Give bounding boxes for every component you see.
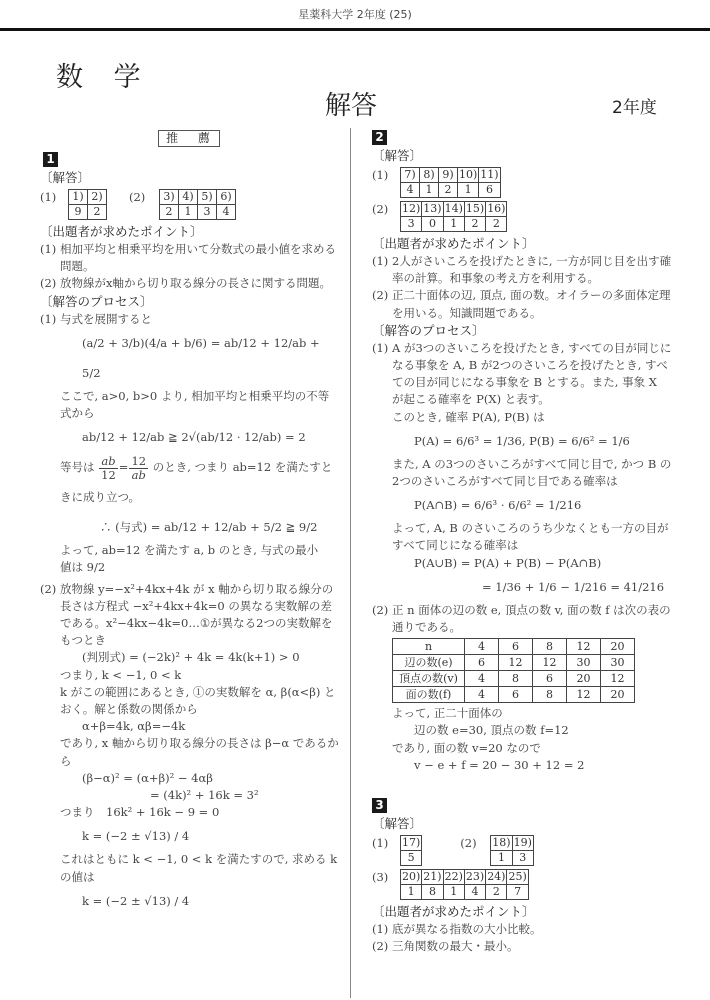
q2-process-heading: 〔解答のプロセス〕 — [372, 322, 672, 340]
q1-part1-answer-table: 1)2) 92 — [68, 189, 107, 220]
q1-process-2: (2)放物線 y=−x²+4kx+4k が x 軸から切り取る線分の長さは方程式… — [40, 581, 340, 650]
q2-answer-heading: 〔解答〕 — [372, 147, 672, 165]
cell-value: 8 — [422, 885, 443, 900]
table-header-cell: 8 — [533, 639, 567, 655]
table-cell: 30 — [567, 655, 601, 671]
cell-value: 1 — [443, 885, 464, 900]
table-row: 辺の数(e) 6 12 12 30 30 — [393, 655, 635, 671]
cell-value: 1 — [491, 851, 512, 866]
q2-part2-row: (2) 12) 13) 14) 15) 16) 3 0 1 2 2 — [372, 201, 672, 232]
q1-point-1: (1)相加平均と相乗平均を用いて分数式の最小値を求める問題。 — [40, 241, 340, 275]
polyhedra-table-wrap: n 4 6 8 12 20 辺の数(e) 6 12 12 30 30 頂点の数(… — [372, 638, 672, 703]
fraction: 12ab — [129, 455, 148, 482]
cell-key: 11) — [479, 168, 500, 183]
item-number: (2) — [40, 275, 60, 292]
question-number-3: 3 — [372, 798, 387, 813]
cell-key: 15) — [464, 202, 485, 217]
q1-text-equality: 等号は ab12=12ab のとき, つまり ab=12 を満たすときに成り立つ… — [40, 452, 340, 512]
q3-point-2: (2)三角関数の最大・最小。 — [372, 938, 672, 955]
table-row: 面の数(f) 4 6 8 12 20 — [393, 687, 635, 703]
cell-key: 4) — [179, 190, 198, 205]
cell-key: 22) — [443, 870, 464, 885]
table-cell: 12 — [601, 671, 635, 687]
q1-process-1-intro: (1)与式を展開すると — [40, 311, 340, 328]
cell-key: 19) — [512, 836, 533, 851]
row-label: 頂点の数(v) — [393, 671, 465, 687]
cell-key: 24) — [486, 870, 507, 885]
table-header-cell: 12 — [567, 639, 601, 655]
part-label: (2) — [129, 189, 159, 206]
table-cell: 20 — [567, 671, 601, 687]
q2-point-1: (1)2人がさいころを投げたときに, 一方が同じ目を出す確率の計算。和事象の考え… — [372, 253, 672, 287]
part-label: (3) — [372, 869, 400, 886]
part-label: (1) — [372, 835, 400, 852]
cell-key: 7) — [401, 168, 420, 183]
item-text: 相加平均と相乗平均を用いて分数式の最小値を求める問題。 — [60, 242, 336, 273]
cell-value: 1 — [401, 885, 422, 900]
header-rule — [0, 28, 710, 31]
q2-eq-intersection: P(A∩B) = 6/6³ · 6/6² = 1/216 — [372, 490, 672, 520]
item-number: (1) — [372, 921, 392, 938]
fraction: ab12 — [99, 455, 118, 482]
item-text: 三角関数の最大・最小。 — [392, 939, 519, 953]
cell-key: 10) — [458, 168, 479, 183]
q2-process-2: (2)正 n 面体の辺の数 e, 頂点の数 v, 面の数 f は次の表の通りであ… — [372, 602, 672, 636]
q2-part1-row: (1) 7) 8) 9) 10) 11) 4 1 2 1 6 — [372, 167, 672, 198]
q1-eq-expand: (a/2 + 3/b)(4/a + b/6) = ab/12 + 12/ab +… — [40, 328, 340, 388]
running-header: 星薬科大学 2年度 (25) — [0, 6, 710, 22]
cell-key: 23) — [464, 870, 485, 885]
item-number: (2) — [372, 938, 392, 955]
table-header-cell: 20 — [601, 639, 635, 655]
item-text: 底が異なる指数の大小比較。 — [392, 922, 542, 936]
cell-key: 13) — [422, 202, 443, 217]
cell-key: 12) — [401, 202, 422, 217]
item-number: (2) — [40, 581, 60, 598]
q2-text-probs: このとき, 確率 P(A), P(B) は — [372, 409, 672, 426]
left-column: 推 薦 1 〔解答〕 (1) 1)2) 92 (2) 3) 4) 5) 6) 2… — [40, 128, 340, 916]
cell-key: 9) — [439, 168, 458, 183]
part-label: (1) — [372, 167, 400, 184]
item-text: 正二十面体の辺, 頂点, 面の数。オイラーの多面体定理を用いる。知識問題である。 — [392, 288, 671, 319]
cell-key: 21) — [422, 870, 443, 885]
q1-eq-conclusion: ∴ (与式) = ab/12 + 12/ab + 5/2 ≧ 9/2 — [40, 512, 340, 542]
cell-value: 9 — [69, 205, 88, 220]
right-column: 2 〔解答〕 (1) 7) 8) 9) 10) 11) 4 1 2 1 6 (2… — [372, 128, 672, 955]
subject-title: 数 学 — [56, 55, 152, 94]
cell-value: 2 — [160, 205, 179, 220]
q3-answer-heading: 〔解答〕 — [372, 815, 672, 833]
part-label: (1) — [40, 189, 68, 206]
cell-key: 8) — [420, 168, 439, 183]
table-header-cell: n — [393, 639, 465, 655]
q2-text-icosahedron: よって, 正二十面体の — [372, 705, 672, 722]
q3-point-1: (1)底が異なる指数の大小比較。 — [372, 921, 672, 938]
q2-process-1: (1)A が3つのさいころを投げたとき, すべての目が同じになる事象を A, B… — [372, 340, 672, 409]
cell-value: 3 — [198, 205, 217, 220]
q1-text-min-value: 値は 9/2 — [40, 559, 340, 576]
cell-value: 7 — [507, 885, 528, 900]
cell-key: 2) — [88, 190, 107, 205]
q2-text-intersection: また, A の3つのさいころがすべて同じ目で, かつ B の2つのさいころがすべ… — [372, 456, 672, 490]
row-label: 面の数(f) — [393, 687, 465, 703]
q2-part1-answer-table: 7) 8) 9) 10) 11) 4 1 2 1 6 — [400, 167, 501, 198]
q1-point-2: (2)放物線がx軸から切り取る線分の長さに関する問題。 — [40, 275, 340, 292]
item-text: 与式を展開すると — [60, 312, 152, 326]
table-cell: 12 — [499, 655, 533, 671]
item-number: (2) — [372, 287, 392, 304]
q1-text-length: であり, x 軸から切り取る線分の長さは β−α であるから — [40, 735, 340, 769]
q2-text-edges-vertices: 辺の数 e=30, 頂点の数 f=12 — [372, 722, 672, 739]
table-cell: 6 — [499, 687, 533, 703]
q2-text-faces: であり, 面の数 v=20 なので — [372, 740, 672, 757]
polyhedra-table: n 4 6 8 12 20 辺の数(e) 6 12 12 30 30 頂点の数(… — [392, 638, 635, 703]
q1-eq-k: k = (−2 ± √13) / 4 — [40, 821, 340, 851]
q1-points-heading: 〔出題者が求めたポイント〕 — [40, 223, 340, 241]
cell-value: 3 — [512, 851, 533, 866]
cell-value: 1 — [179, 205, 198, 220]
cell-value: 0 — [422, 217, 443, 232]
cell-value: 4 — [217, 205, 236, 220]
q2-eq-union-value: = 1/36 + 1/6 − 1/216 = 41/216 — [372, 572, 672, 602]
cell-key: 5) — [198, 190, 217, 205]
cell-value: 2 — [464, 217, 485, 232]
q3-part1-2-row: (1) 17) 5 (2) 18) 19) 1 3 — [372, 835, 672, 866]
q1-text-roots: k がこの範囲にあるとき, ①の実数解を α, β(α<β) とおく。解と係数の… — [40, 684, 340, 718]
q1-eq-amgm: ab/12 + 12/ab ≧ 2√(ab/12 · 12/ab) = 2 — [40, 422, 340, 452]
cell-key: 14) — [443, 202, 464, 217]
cell-value: 1 — [458, 183, 479, 198]
item-text: 2人がさいころを投げたときに, 一方が同じ目を出す確率の計算。和事象の考え方を利… — [392, 254, 671, 285]
column-divider — [350, 128, 351, 998]
item-text: 放物線がx軸から切り取る線分の長さに関する問題。 — [60, 276, 331, 290]
q1-eq-quadratic: つまり 16k² + 16k − 9 = 0 — [40, 804, 340, 821]
q3-points-heading: 〔出題者が求めたポイント〕 — [372, 903, 672, 921]
cell-value: 2 — [486, 217, 507, 232]
question-number-1: 1 — [43, 152, 58, 167]
q2-points-heading: 〔出題者が求めたポイント〕 — [372, 235, 672, 253]
cell-value: 1 — [443, 217, 464, 232]
admission-type-badge: 推 薦 — [158, 130, 220, 147]
cell-value: 2 — [88, 205, 107, 220]
item-number: (1) — [40, 311, 60, 328]
q2-eq-union: P(A∪B) = P(A) + P(B) − P(A∩B) — [372, 555, 672, 572]
cell-key: 1) — [69, 190, 88, 205]
q2-point-2: (2)正二十面体の辺, 頂点, 面の数。オイラーの多面体定理を用いる。知識問題で… — [372, 287, 672, 321]
q1-text-range: つまり, k < −1, 0 < k — [40, 667, 340, 684]
q3-part1-answer-table: 17) 5 — [400, 835, 422, 866]
cell-value: 2 — [439, 183, 458, 198]
table-cell: 20 — [601, 687, 635, 703]
table-row: 頂点の数(v) 4 8 6 20 12 — [393, 671, 635, 687]
cell-value: 4 — [401, 183, 420, 198]
q1-part2-answer-table: 3) 4) 5) 6) 2 1 3 4 — [159, 189, 236, 220]
table-cell: 4 — [465, 671, 499, 687]
q3-part3-row: (3) 20) 21) 22) 23) 24) 25) 1 8 1 4 2 7 — [372, 869, 672, 900]
table-header-cell: 4 — [465, 639, 499, 655]
item-text: 正 n 面体の辺の数 e, 頂点の数 v, 面の数 f は次の表の通りである。 — [392, 603, 671, 634]
q1-eq-k-final: k = (−2 ± √13) / 4 — [40, 886, 340, 916]
cell-value: 4 — [464, 885, 485, 900]
table-cell: 8 — [533, 687, 567, 703]
question-number-2: 2 — [372, 130, 387, 145]
q1-text-min: よって, ab=12 を満たす a, b のとき, 与式の最小 — [40, 542, 340, 559]
cell-key: 3) — [160, 190, 179, 205]
q2-eq-euler: v − e + f = 20 − 30 + 12 = 2 — [372, 757, 672, 774]
cell-key: 6) — [217, 190, 236, 205]
cell-key: 17) — [401, 836, 422, 851]
item-number: (1) — [40, 241, 60, 258]
cell-key: 20) — [401, 870, 422, 885]
text: 等号は — [60, 460, 95, 474]
table-cell: 30 — [601, 655, 635, 671]
cell-key: 18) — [491, 836, 512, 851]
q1-text-amgm: ここで, a>0, b>0 より, 相加平均と相乗平均の不等式から — [40, 388, 340, 422]
table-cell: 12 — [567, 687, 601, 703]
table-cell: 8 — [499, 671, 533, 687]
cell-key: 16) — [486, 202, 507, 217]
year-label: 2年度 — [612, 93, 657, 118]
row-label: 辺の数(e) — [393, 655, 465, 671]
q2-part2-answer-table: 12) 13) 14) 15) 16) 3 0 1 2 2 — [400, 201, 507, 232]
cell-value: 3 — [401, 217, 422, 232]
q1-eq-discriminant: (判別式) = (−2k)² + 4k = 4k(k+1) > 0 — [40, 649, 340, 666]
q1-answer-heading: 〔解答〕 — [40, 169, 340, 187]
q1-eq-square-2: = (4k)² + 16k = 3² — [40, 787, 340, 804]
item-number: (1) — [372, 340, 392, 357]
item-text: A が3つのさいころを投げたとき, すべての目が同じになる事象を A, B が2… — [392, 341, 671, 407]
q1-eq-square: (β−α)² = (α+β)² − 4αβ — [40, 770, 340, 787]
q3-part3-answer-table: 20) 21) 22) 23) 24) 25) 1 8 1 4 2 7 — [400, 869, 529, 900]
cell-value: 6 — [479, 183, 500, 198]
cell-value: 2 — [486, 885, 507, 900]
table-cell: 6 — [465, 655, 499, 671]
item-text: 放物線 y=−x²+4kx+4k が x 軸から切り取る線分の長さは方程式 −x… — [60, 582, 333, 648]
cell-value: 1 — [420, 183, 439, 198]
cell-value: 5 — [401, 851, 422, 866]
table-header-cell: 6 — [499, 639, 533, 655]
q1-process-heading: 〔解答のプロセス〕 — [40, 293, 340, 311]
q1-eq-vieta: α+β=4k, αβ=−4k — [40, 718, 340, 735]
table-cell: 4 — [465, 687, 499, 703]
q2-eq-pa-pb: P(A) = 6/6³ = 1/36, P(B) = 6/6² = 1/6 — [372, 426, 672, 456]
q1-text-k-valid: これはともに k < −1, 0 < k を満たすので, 求める k の値は — [40, 851, 340, 885]
cell-key: 25) — [507, 870, 528, 885]
q1-answer-grids: (1) 1)2) 92 (2) 3) 4) 5) 6) 2 1 3 4 — [40, 189, 340, 220]
part-label: (2) — [372, 201, 400, 218]
table-cell: 12 — [533, 655, 567, 671]
q2-text-union: よって, A, B のさいころのうち少なくとも一方の目がすべて同じになる確率は — [372, 520, 672, 554]
page-title: 解答 — [325, 85, 377, 122]
part-label: (2) — [460, 835, 490, 852]
item-number: (1) — [372, 253, 392, 270]
table-cell: 6 — [533, 671, 567, 687]
q3-part2-answer-table: 18) 19) 1 3 — [490, 835, 534, 866]
item-number: (2) — [372, 602, 392, 619]
